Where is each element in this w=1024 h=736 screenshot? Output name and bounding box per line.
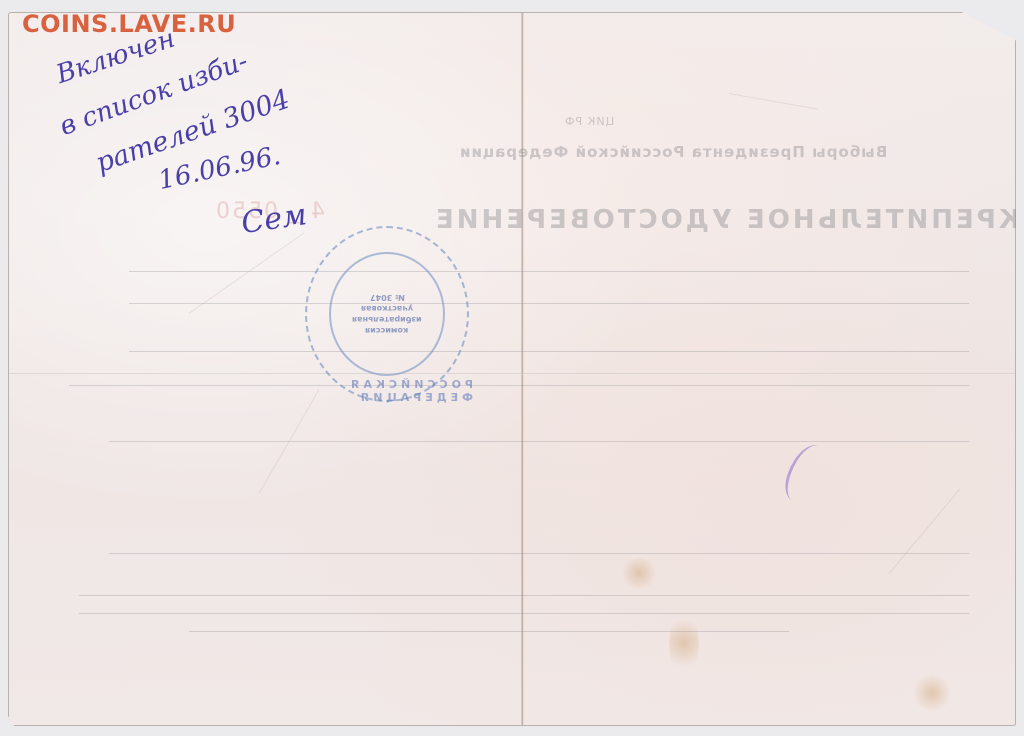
stamp-center: № 3047 участковая избирательная комиссия: [329, 252, 445, 376]
crease: [189, 233, 304, 314]
stain: [669, 613, 699, 673]
ghost-rule: [79, 595, 969, 596]
ghost-rule: [129, 271, 969, 272]
ghost-rule: [129, 303, 969, 304]
ghost-subtitle: Выборы Президента Российской Федерации: [459, 143, 887, 161]
stain: [619, 558, 659, 588]
official-stamp: № 3047 участковая избирательная комиссия…: [305, 226, 469, 402]
pen-mark: [780, 439, 832, 507]
ghost-rule: [189, 631, 789, 632]
stamp-line: избирательная: [352, 314, 422, 325]
ghost-rule: [69, 385, 969, 386]
ghost-rule: [109, 441, 969, 442]
stamp-line: № 3047: [370, 292, 405, 303]
stamp-line: участковая: [361, 303, 413, 314]
stamp-line: комиссия: [365, 325, 408, 336]
ghost-title: ОТКРЕПИТЕЛЬНОЕ УДОСТОВЕРЕНИЕ: [433, 205, 1024, 235]
ghost-rule: [109, 553, 969, 554]
horizontal-fold: [9, 373, 1015, 375]
ghost-rule: [79, 613, 969, 614]
ghost-header: ЦИК РФ: [564, 115, 614, 128]
crease: [889, 489, 960, 574]
site-watermark: COINS.LAVE.RU: [22, 10, 236, 38]
vertical-fold: [521, 13, 524, 725]
stamp-ring-text: РОССИЙСКАЯ ФЕДЕРАЦИЯ: [347, 378, 473, 404]
ghost-rule: [129, 351, 969, 352]
document-sheet: ЦИК РФ Выборы Президента Российской Феде…: [8, 12, 1016, 726]
crease: [729, 93, 818, 110]
stain: [914, 673, 950, 713]
